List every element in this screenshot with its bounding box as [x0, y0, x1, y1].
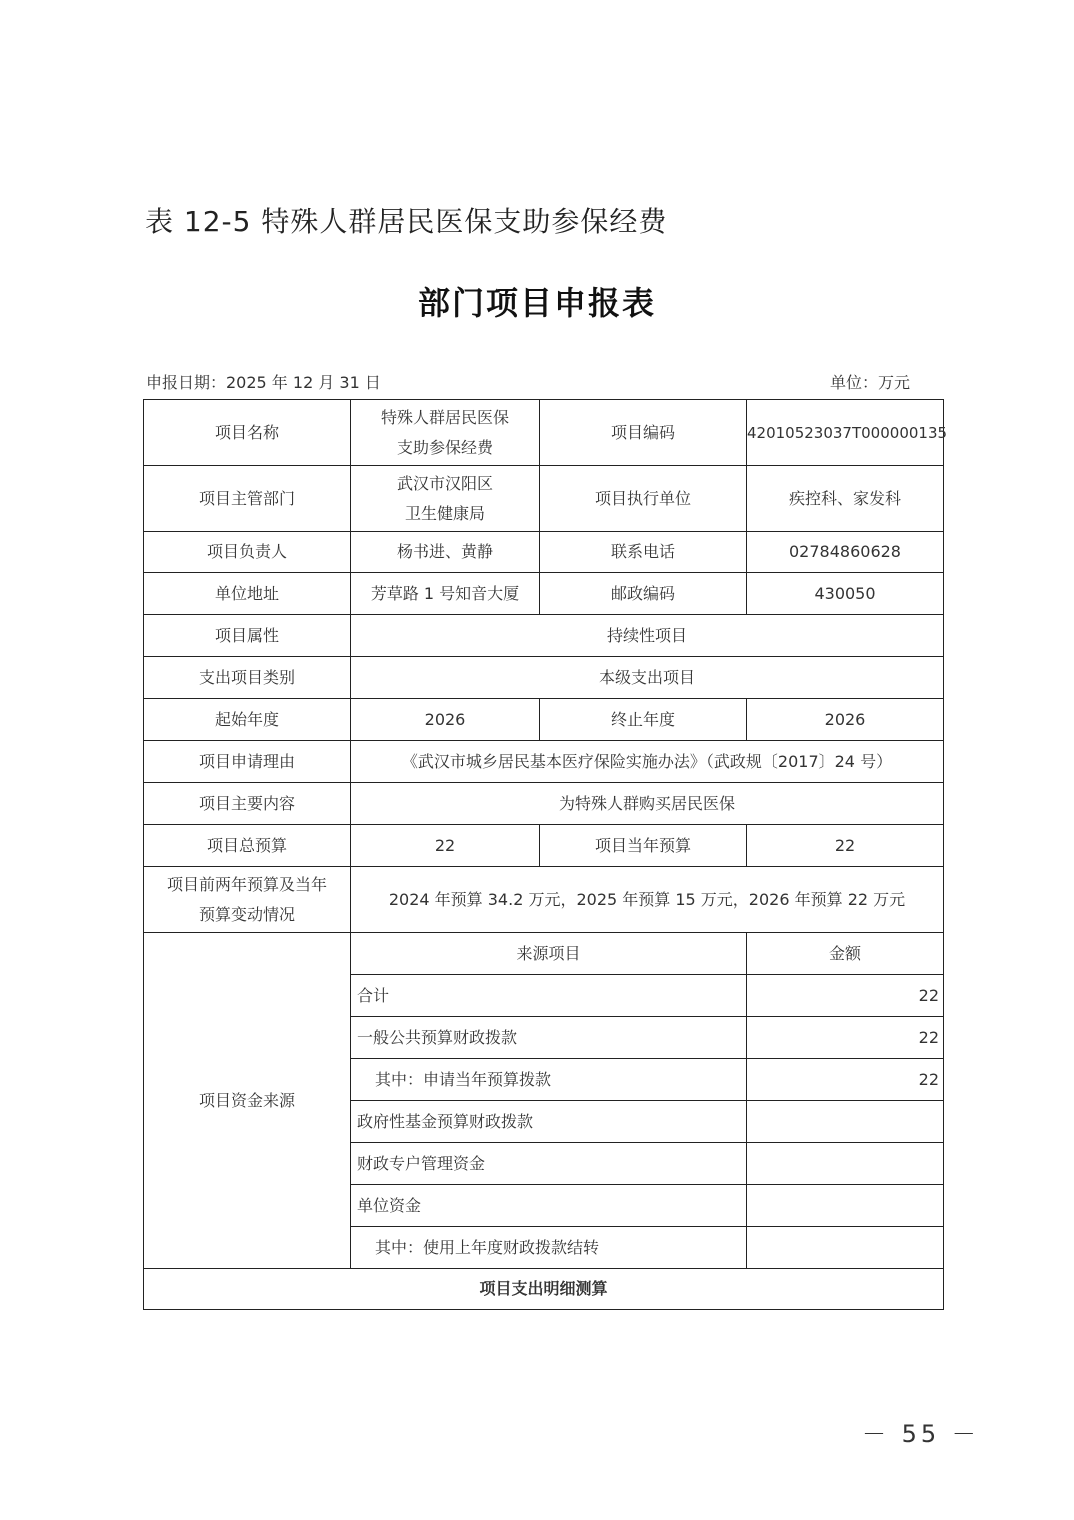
report-date: 申报日期：2025 年 12 月 31 日 — [146, 370, 381, 393]
postcode-value: 430050 — [747, 573, 944, 615]
meta-row: 申报日期：2025 年 12 月 31 日 单位：万元 — [146, 370, 910, 393]
phone-label: 联系电话 — [540, 532, 747, 573]
table-row: 项目资金来源 来源项目 金额 — [144, 933, 944, 975]
exec-unit-label: 项目执行单位 — [540, 466, 747, 532]
year-budget-label: 项目当年预算 — [540, 825, 747, 867]
history-label-line2: 预算变动情况 — [148, 900, 346, 930]
funding-source: 财政专户管理资金 — [351, 1143, 747, 1185]
funding-amount: 22 — [747, 975, 944, 1017]
postcode-label: 邮政编码 — [540, 573, 747, 615]
table-row: 项目名称 特殊人群居民医保支助参保经费 项目编码 42010523037T000… — [144, 400, 944, 466]
unit-label: 单位：万元 — [830, 370, 910, 393]
dept-line2: 卫生健康局 — [355, 499, 535, 529]
funding-source: 单位资金 — [351, 1185, 747, 1227]
category-value: 本级支出项目 — [351, 657, 944, 699]
project-name-value: 特殊人群居民医保支助参保经费 — [351, 400, 540, 466]
table-row: 支出项目类别 本级支出项目 — [144, 657, 944, 699]
reason-label: 项目申请理由 — [144, 741, 351, 783]
project-code-label: 项目编码 — [540, 400, 747, 466]
table-row: 项目总预算 22 项目当年预算 22 — [144, 825, 944, 867]
leader-label: 项目负责人 — [144, 532, 351, 573]
year-budget-value: 22 — [747, 825, 944, 867]
project-code-value: 42010523037T000000135 — [747, 400, 944, 466]
table-row: 单位地址 芳草路 1 号知音大厦 邮政编码 430050 — [144, 573, 944, 615]
funding-source: 合计 — [351, 975, 747, 1017]
funding-amount — [747, 1185, 944, 1227]
funding-amount — [747, 1227, 944, 1269]
table-row: 项目主要内容 为特殊人群购买居民医保 — [144, 783, 944, 825]
funding-source: 其中：使用上年度财政拨款结转 — [351, 1227, 747, 1269]
attribute-value: 持续性项目 — [351, 615, 944, 657]
start-year-value: 2026 — [351, 699, 540, 741]
attribute-label: 项目属性 — [144, 615, 351, 657]
funding-source: 政府性基金预算财政拨款 — [351, 1101, 747, 1143]
table-subtitle: 表 12-5 特殊人群居民医保支助参保经费 — [145, 200, 667, 240]
end-year-label: 终止年度 — [540, 699, 747, 741]
funding-amount — [747, 1101, 944, 1143]
project-name-line2: 支助参保经费 — [355, 433, 535, 463]
table-row: 项目主管部门 武汉市汉阳区卫生健康局 项目执行单位 疾控科、家发科 — [144, 466, 944, 532]
dept-line1: 武汉市汉阳区 — [355, 469, 535, 499]
content-label: 项目主要内容 — [144, 783, 351, 825]
page-number: － 55 － — [862, 1414, 980, 1449]
project-name-label: 项目名称 — [144, 400, 351, 466]
funding-amount: 22 — [747, 1017, 944, 1059]
project-name-line1: 特殊人群居民医保 — [355, 403, 535, 433]
funding-header-amount: 金额 — [747, 933, 944, 975]
funding-source: 其中：申请当年预算拨款 — [351, 1059, 747, 1101]
address-value: 芳草路 1 号知音大厦 — [351, 573, 540, 615]
leader-value: 杨书进、黄静 — [351, 532, 540, 573]
table-row: 起始年度 2026 终止年度 2026 — [144, 699, 944, 741]
content-value: 为特殊人群购买居民医保 — [351, 783, 944, 825]
total-budget-value: 22 — [351, 825, 540, 867]
funding-amount — [747, 1143, 944, 1185]
page-title: 部门项目申报表 — [0, 278, 1074, 324]
history-label-line1: 项目前两年预算及当年 — [148, 870, 346, 900]
table-row: 项目支出明细测算 — [144, 1269, 944, 1310]
funding-header-source: 来源项目 — [351, 933, 747, 975]
funding-label: 项目资金来源 — [144, 933, 351, 1269]
detail-section-header: 项目支出明细测算 — [144, 1269, 944, 1310]
exec-unit-value: 疾控科、家发科 — [747, 466, 944, 532]
funding-source: 一般公共预算财政拨款 — [351, 1017, 747, 1059]
table-row: 项目属性 持续性项目 — [144, 615, 944, 657]
table-row: 项目负责人 杨书进、黄静 联系电话 02784860628 — [144, 532, 944, 573]
funding-amount: 22 — [747, 1059, 944, 1101]
total-budget-label: 项目总预算 — [144, 825, 351, 867]
phone-value: 02784860628 — [747, 532, 944, 573]
history-value: 2024 年预算 34.2 万元，2025 年预算 15 万元，2026 年预算… — [351, 867, 944, 933]
reason-value: 《武汉市城乡居民基本医疗保险实施办法》（武政规〔2017〕24 号） — [351, 741, 944, 783]
address-label: 单位地址 — [144, 573, 351, 615]
project-application-form: 项目名称 特殊人群居民医保支助参保经费 项目编码 42010523037T000… — [143, 399, 944, 1310]
start-year-label: 起始年度 — [144, 699, 351, 741]
dept-label: 项目主管部门 — [144, 466, 351, 532]
end-year-value: 2026 — [747, 699, 944, 741]
history-label: 项目前两年预算及当年预算变动情况 — [144, 867, 351, 933]
category-label: 支出项目类别 — [144, 657, 351, 699]
table-row: 项目申请理由 《武汉市城乡居民基本医疗保险实施办法》（武政规〔2017〕24 号… — [144, 741, 944, 783]
table-row: 项目前两年预算及当年预算变动情况 2024 年预算 34.2 万元，2025 年… — [144, 867, 944, 933]
dept-value: 武汉市汉阳区卫生健康局 — [351, 466, 540, 532]
